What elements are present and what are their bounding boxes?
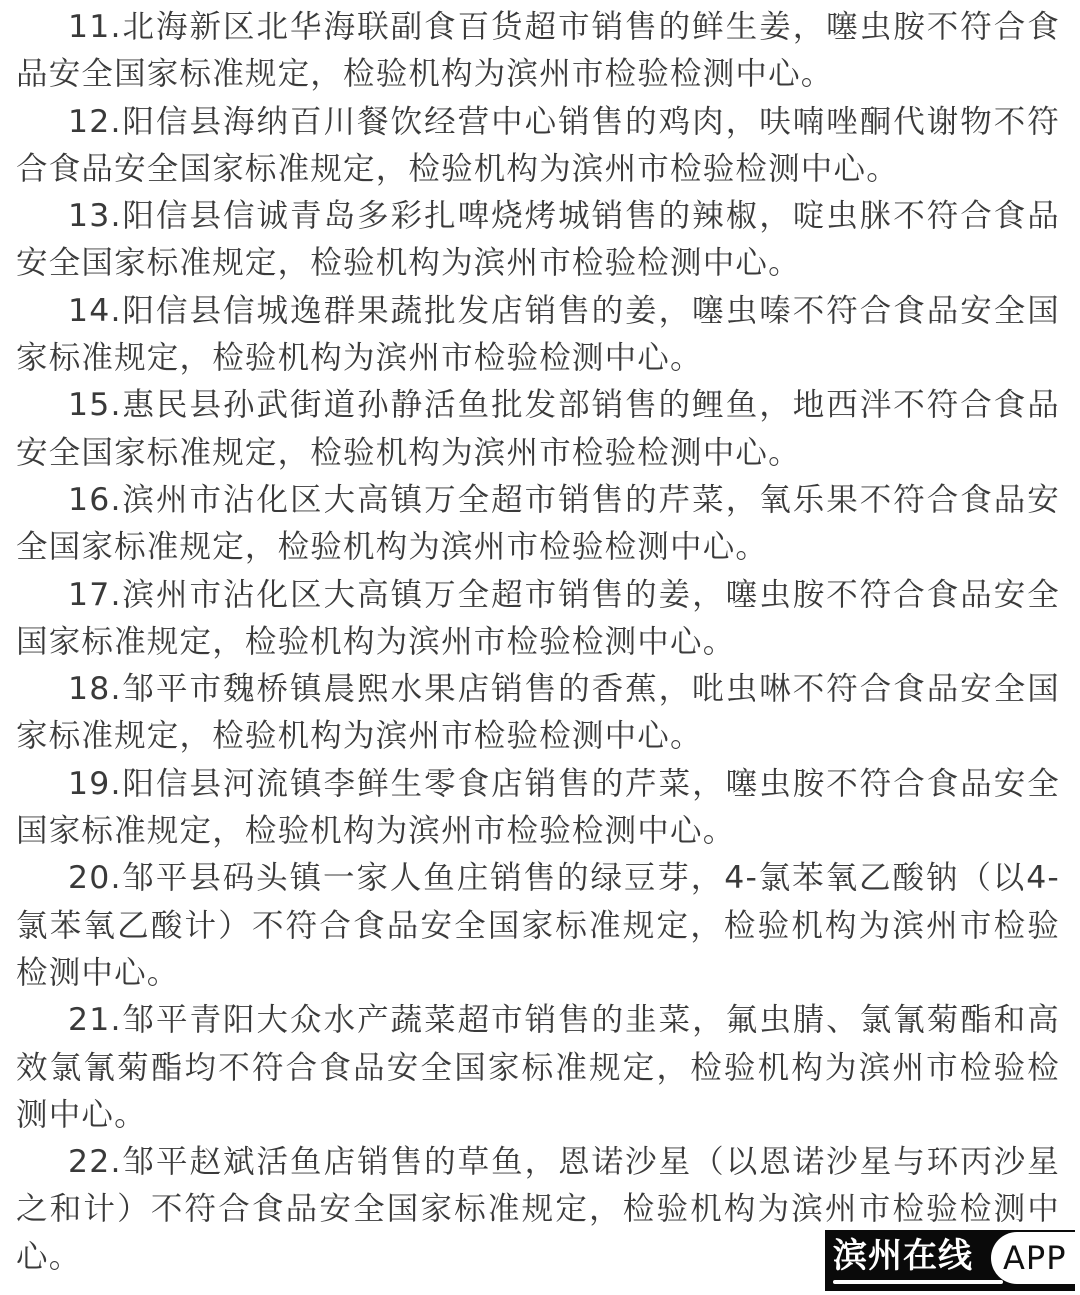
paragraph-item-19: 19.阳信县河流镇李鲜生零食店销售的芹菜，噻虫胺不符合食品安全国家标准规定，检验… xyxy=(16,761,1060,856)
article-body: 11.北海新区北华海联副食百货超市销售的鲜生姜，噻虫胺不符合食品安全国家标准规定… xyxy=(16,4,1060,1281)
paragraph-item-13: 13.阳信县信诚青岛多彩扎啤烧烤城销售的辣椒，啶虫脒不符合食品安全国家标准规定，… xyxy=(16,193,1060,288)
watermark-app-text: APP xyxy=(1003,1236,1066,1280)
paragraph-item-15: 15.惠民县孙武街道孙静活鱼批发部销售的鲤鱼，地西泮不符合食品安全国家标准规定，… xyxy=(16,382,1060,477)
watermark-swoosh-icon xyxy=(833,1280,1003,1284)
paragraph-item-20: 20.邹平县码头镇一家人鱼庄销售的绿豆芽，4-氯苯氧乙酸钠（以4-氯苯氧乙酸计）… xyxy=(16,855,1060,997)
paragraph-item-18: 18.邹平市魏桥镇晨熙水果店销售的香蕉，吡虫啉不符合食品安全国家标准规定，检验机… xyxy=(16,666,1060,761)
paragraph-item-17: 17.滨州市沾化区大高镇万全超市销售的姜，噻虫胺不符合食品安全国家标准规定，检验… xyxy=(16,572,1060,667)
paragraph-item-21: 21.邹平青阳大众水产蔬菜超市销售的韭菜，氟虫腈、氯氰菊酯和高效氯氰菊酯均不符合… xyxy=(16,997,1060,1139)
watermark-logo: 滨州在线 APP xyxy=(825,1230,1075,1291)
watermark-brand-text: 滨州在线 xyxy=(833,1234,973,1278)
paragraph-item-14: 14.阳信县信城逸群果蔬批发店销售的姜，噻虫嗪不符合食品安全国家标准规定，检验机… xyxy=(16,288,1060,383)
paragraph-item-11: 11.北海新区北华海联副食百货超市销售的鲜生姜，噻虫胺不符合食品安全国家标准规定… xyxy=(16,4,1060,99)
paragraph-item-16: 16.滨州市沾化区大高镇万全超市销售的芹菜，氧乐果不符合食品安全国家标准规定，检… xyxy=(16,477,1060,572)
paragraph-item-12: 12.阳信县海纳百川餐饮经营中心销售的鸡肉，呋喃唑酮代谢物不符合食品安全国家标准… xyxy=(16,99,1060,194)
